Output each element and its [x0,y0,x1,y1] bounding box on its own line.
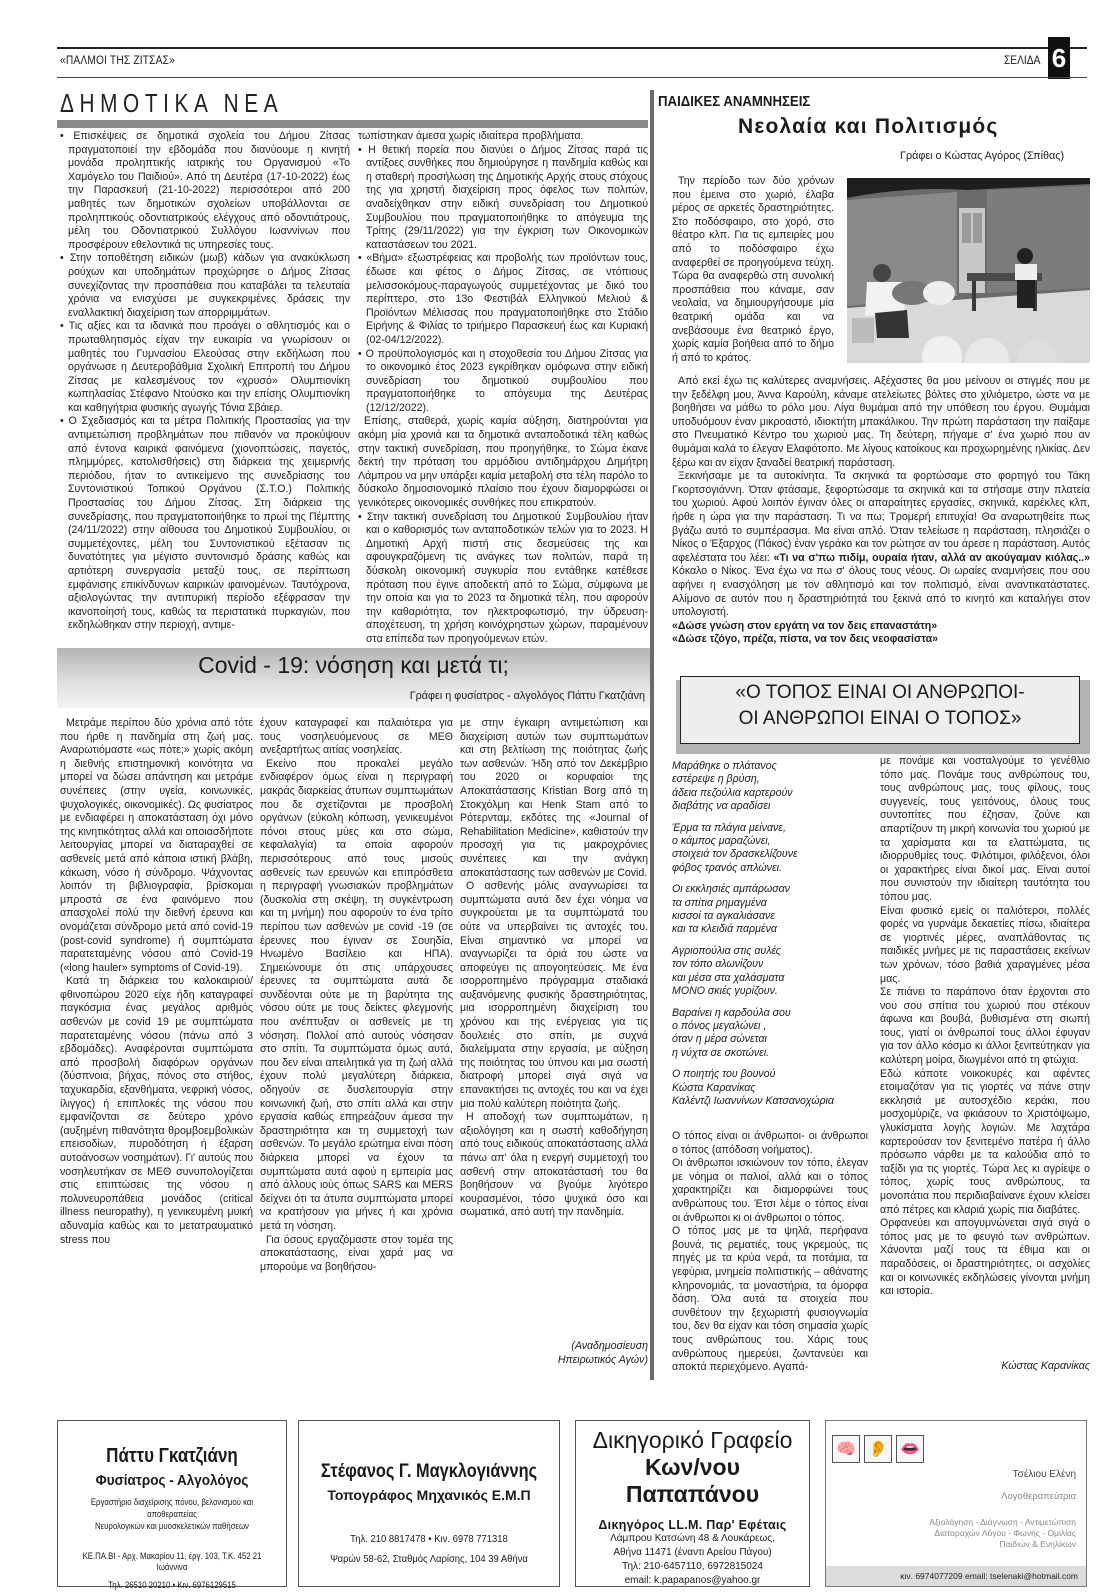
ad-role: Λογοθεραπεύτρια [1001,1491,1076,1502]
poem-line: διαβάτης να αραδίσει [672,800,872,813]
ad-address: Αθήνα 11471 (έναντι Αρείου Πάγου) [576,1546,809,1560]
covid-source-note: (Αναδημοσίευση Ηπειρωτικός Αγών) [460,1340,648,1367]
news-item: τωπίστηκαν άμεσα χωρίς ιδιαίτερα προβλήμ… [358,130,648,144]
ad-name: Τσέλιου Ελένη [1013,1469,1076,1480]
topos-paragraph: Σε πιάνει το παράπονο όταν έρχονται στο … [880,986,1090,1068]
article-body: Από εκεί έχω τις καλύτερες αναμνήσεις. Α… [672,375,1090,647]
article-text: Ξεκινήσαμε με τα αυτοκίνητα. Τα σκηνικά … [672,470,1090,564]
poem-line: ο κάμπος μαραζώνει, [672,835,872,848]
section-title: ΔΗΜΟΤΙΚΑ ΝΕΑ [60,88,283,119]
news-item: • Η θετική πορεία που διανύει ο Δήμος Ζί… [358,144,648,253]
poem-line: Οι εκκλησιές αμπάρωσαν [672,883,872,896]
poem-line: Βαραίνει η καρδούλα σου [672,1007,872,1020]
signature-line: Κώστα Καρανίκας [672,1082,872,1095]
brain-icon: 🧠 [832,1435,860,1463]
ad-address: Λάμπρου Κατσώνη 48 & Λουκάρεως, [576,1532,809,1546]
poem-line: και μέσα στα χαλάσματα [672,972,872,985]
poem-stanza: Οι εκκλησιές αμπάρωσαν τα σπίτια ρημαγμέ… [672,883,872,937]
source-line: Ηπειρωτικός Αγών) [460,1354,648,1368]
article-kicker: ΠΑΙΔΙΚΕΣ ΑΝΑΜΝΗΣΕΙΣ [658,93,810,110]
ad-desc-line: Νευρολογικών και μυοσκελετικών παθήσεων [79,1521,266,1533]
covid-column-3: με στην έγκαιρη αντιμετώπιση και διαχείρ… [460,717,648,1220]
topos-paragraph: Ο τόπος είναι οι άνθρωποι- οι άνθρωποι ο… [672,1130,868,1157]
poem-signature: Ο ποιητής του βουνού Κώστα Καρανίκας Καλ… [672,1068,872,1108]
news-item: • Στην τοποθέτηση ειδικών (μωβ) κάδων γι… [60,252,350,320]
covid-paragraph: με στην έγκαιρη αντιμετώπιση και διαχείρ… [460,717,648,880]
motto-line: «Δώσε τζόγο, πρέζα, πίστα, να τον δεις ν… [672,633,1090,647]
ad-law-office: Δικηγορικό Γραφείο Κων/νου Παπαπάνου Δικ… [575,1420,810,1587]
news-item: • «Βήμα» εξωστρέφειας και προβολής των π… [358,252,648,347]
topos-column-2: με πονάμε και νοσταλγούμε το γενέθλιο τό… [880,755,1090,1299]
topos-paragraph: Εδώ κάποτε νοικοκυρές και αφέντες ετοιμα… [880,1068,1090,1218]
covid-column-2: έχουν καταγραφεί και παλαιότερα για τους… [260,717,453,1274]
news-item: • Επισκέψεις σε δημοτικά σχολεία του Δήμ… [60,130,350,252]
header-rule-top [57,47,1087,49]
poem-stanza: Έρμα τα πλάγια μείνανε, ο κάμπος μαραζών… [672,822,872,876]
covid-paragraph: Η αποδοχή των συμπτωμάτων, η αξιολόγηση … [460,1111,648,1220]
poem-line: Αγριοπούλια στις αυλές [672,945,872,958]
ad-speech-therapist: 🧠 👂 👄 Τσέλιου Ελένη Λογοθεραπεύτρια Αξιο… [825,1420,1087,1587]
covid-paragraph: Μετράμε περίπου δύο χρόνια από τότε που … [60,717,253,975]
topos-paragraph: Οι άνθρωποι ισκιώνουν τον τόπο, έλεγαν μ… [672,1157,868,1225]
topos-author: Κώστας Καρανίκας [900,1360,1090,1372]
ad-name: Πάττυ Γκατζιάνη [75,1445,269,1468]
poem: Μαράθηκε ο πλάτανος εστέρεψε η βρύση, άδ… [672,760,872,1108]
news-item: • Ο προϋπολογισμός και η στοχοθεσία του … [358,348,648,416]
ad-phones: Τηλ. 26510 20210 • Κιν. 6976129515 [79,1580,266,1591]
topos-paragraph: Είναι φυσικό εμείς οι παλιότεροι, πολλές… [880,905,1090,987]
topos-paragraph: με πονάμε και νοσταλγούμε το γενέθλιο τό… [880,755,1090,905]
covid-paragraph: Εκείνο που προκαλεί μεγάλο ενδιαφέρον όμ… [260,758,453,1234]
ad-address: ΚΕ.ΠΑ.ΒΙ - Αρχ. Μακαρίου 11, έργ. 103, Τ… [79,1551,266,1573]
ad-physiatrist: Πάττυ Γκατζιάνη Φυσίατρος - Αλγολόγος Ερ… [57,1420,287,1587]
ad-heading: Δικηγορικό Γραφείο [576,1427,809,1454]
news-item: • Στην τακτική συνεδρίαση του Δημοτικού … [358,511,648,647]
article-paragraph: Ξεκινήσαμε με τα αυτοκίνητα. Τα σκηνικά … [672,470,1090,620]
news-item: • Τις αξίες και τα ιδανικά που προάγει ο… [60,320,350,415]
covid-paragraph: Ο ασθενής μόλις αναγνωρίσει τα συμπτώματ… [460,880,648,1111]
ad-icon-row: 🧠 👂 👄 [832,1435,924,1463]
municipal-news-column-1: • Επισκέψεις σε δημοτικά σχολεία του Δήμ… [60,130,350,633]
poem-line: η νύχτα σε σκοτώνει. [672,1047,872,1060]
ad-name: Στέφανος Γ. Μαγκλογιάννης [317,1461,541,1483]
column-divider [650,90,654,1380]
quote-text: «Τι να σ'πω πιδίμ, ουραία ήταν, αλλά αν … [773,552,1090,564]
ad-desc-line: Εργαστήριο διαχείρισης πόνου, βελονισμού… [79,1497,266,1521]
poem-stanza: Μαράθηκε ο πλάτανος εστέρεψε η βρύση, άδ… [672,760,872,814]
article-intro: Την περίοδο των δύο χρόνων που έμεινα στ… [672,175,834,365]
topos-paragraph: Ορφανεύει και απογυμνώνεται σιγά σιγά ο … [880,1217,1090,1299]
mouth-icon: 👄 [896,1435,924,1463]
ad-description: Εργαστήριο διαχείρισης πόνου, βελονισμού… [79,1497,266,1533]
ad-address: Ψαρών 58-62, Σταθμός Λαρίσης, 104 39 Αθή… [312,1553,546,1565]
page-number: 6 [1048,37,1070,79]
ad-role: Δικηγόρος LL.M. Παρ' Εφέταις [576,1518,809,1532]
ad-phones: Τηλ: 210-6457110, 6972815024 [576,1560,809,1574]
section-title-bar [57,120,648,128]
poem-line: Μαράθηκε ο πλάτανος [672,760,872,773]
poem-stanza: Αγριοπούλια στις αυλές τον τόπο αλωνίζου… [672,945,872,999]
theater-stage-photo [847,178,1090,363]
poem-line: ΜΟΝΟ σκιές γυρίζουν. [672,985,872,998]
municipal-news-column-2: τωπίστηκαν άμεσα χωρίς ιδιαίτερα προβλήμ… [358,130,648,647]
article-text: Κόκαλο ο Νίκος. Ένα έχω να πω σ' όλους τ… [672,565,1090,618]
article-byline: Γράφει ο Κώστας Αγόρος (Σπίθας) [900,150,1064,162]
poem-line: όταν η μέρα σώνεται [672,1033,872,1046]
article-title: Νεολαία και Πολιτισμός [738,115,999,139]
source-line: (Αναδημοσίευση [460,1340,648,1354]
covid-article-byline: Γράφει η φυσίατρος - αλγολόγος Πάττυ Γκα… [360,690,645,702]
news-item: Επίσης, σταθερά, χωρίς καμία αύξηση, δια… [358,415,648,510]
poem-line: κισσοί τα αγκαλιάσανε [672,910,872,923]
motto-line: «Δώσε γνώση στον εργάτη να τον δεις επαν… [672,620,1090,634]
topos-title-line-1: «Ο ΤΟΠΟΣ ΕΙΝΑΙ ΟΙ ΑΝΘΡΩΠΟΙ- [680,682,1080,704]
poem-stanza: Βαραίνει η καρδούλα σου ο πόνος μεγαλώνε… [672,1007,872,1061]
ad-desc-line: Αξιολόγηση - Διάγνωση - Αντιμετώπιση [929,1517,1076,1528]
poem-line: στοιχειά τον δρασκελίζουνε [672,848,872,861]
header-rule-bottom [57,77,1087,78]
ad-role: Φυσίατρος - Αλγολόγος [69,1472,274,1489]
ad-description: Αξιολόγηση - Διάγνωση - Αντιμετώπιση Δια… [929,1517,1076,1550]
ear-icon: 👂 [864,1435,892,1463]
signature-line: Καλέντζι Ιωαννίνων Κατσανοχώρια [672,1095,872,1108]
topos-paragraph: Ο τόπος μας με τα ψηλά, περήφανα βουνά, … [672,1225,868,1375]
page-label: ΣΕΛΙΔΑ [1004,53,1040,67]
covid-article-title: Covid - 19: νόσηση και μετά τι; [57,652,650,679]
news-item: • Ο Σχεδιασμός και τα μέτρα Πολιτικής Πρ… [60,415,350,633]
poem-line: άδεια πεζούλια καρτερούν [672,787,872,800]
ad-name: Κων/νου Παπαπάνου [576,1454,809,1508]
covid-paragraph: έχουν καταγραφεί και παλαιότερα για τους… [260,717,453,758]
signature-line: Ο ποιητής του βουνού [672,1068,872,1081]
ad-email[interactable]: email: k.papapanos@yahoo.gr [576,1574,809,1588]
ad-role: Τοπογράφος Μηχανικός Ε.Μ.Π [299,1487,559,1503]
ad-surveyor: Στέφανος Γ. Μαγκλογιάννης Τοπογράφος Μηχ… [298,1420,560,1587]
ad-contact-footer[interactable]: κιν. 6974077209 email: tselenaki@hotmail… [826,1566,1086,1586]
covid-paragraph: Για όσους εργαζόμαστε στον τομέα της απο… [260,1234,453,1275]
ad-desc-line: Παιδιών & Ενηλίκων [929,1539,1076,1550]
poem-line: φόβος τρανός απλώνει. [672,862,872,875]
masthead: «ΠΑΛΜΟΙ ΤΗΣ ΖΙΤΣΑΣ» [60,53,175,67]
poem-line: Έρμα τα πλάγια μείνανε, [672,822,872,835]
covid-column-1: Μετράμε περίπου δύο χρόνια από τότε που … [60,717,253,1247]
ad-desc-line: Διαταραχών Λόγου - Φωνής - Ομιλίας [929,1528,1076,1539]
topos-column-1: Ο τόπος είναι οι άνθρωποι- οι άνθρωποι ο… [672,1130,868,1375]
poem-line: τα σπίτια ρημαγμένα [672,897,872,910]
poem-line: τον τόπο αλωνίζουν [672,958,872,971]
topos-title-line-2: ΟΙ ΑΝΘΡΩΠΟΙ ΕΙΝΑΙ Ο ΤΟΠΟΣ» [680,708,1080,730]
poem-line: εστέρεψε η βρύση, [672,773,872,786]
poem-line: και τα κλειδιά παρμένα [672,923,872,936]
covid-paragraph: Κατά τη διάρκεια του καλοκαιριού/φθινοπώ… [60,975,253,1247]
poem-line: ο πόνος μεγαλώνει , [672,1020,872,1033]
photo-illustration [847,178,1090,363]
article-paragraph: Από εκεί έχω τις καλύτερες αναμνήσεις. Α… [672,375,1090,470]
ad-phones: Τηλ. 210 8817478 • Κιν. 6978 771318 [312,1533,546,1545]
